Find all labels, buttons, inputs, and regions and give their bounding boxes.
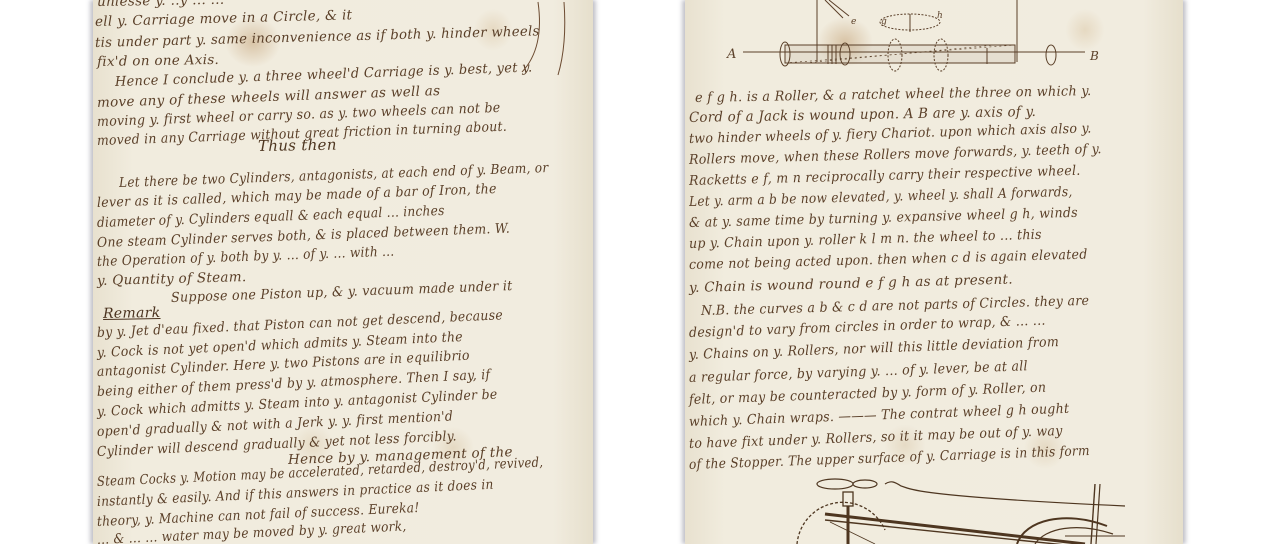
text-line: y. Quantity of Steam.: [97, 269, 247, 289]
label-g: g: [881, 17, 887, 27]
label-h: h: [937, 11, 943, 21]
text-line: y. Chain is wound round e f g h as at pr…: [689, 272, 1013, 296]
text-line: ell y. Carriage move in a Circle, & it: [95, 7, 353, 30]
axle-mechanism-sketch: A B e g h: [725, 0, 1105, 85]
carriage-sketch: [795, 470, 1145, 544]
text-line: unlesse y. ..y ... ...: [97, 0, 225, 10]
text-line: come not being acted upon. then when c d…: [689, 247, 1088, 273]
label-b: B: [1089, 49, 1099, 63]
margin-note-remark: Remark: [103, 305, 161, 322]
manuscript-page-left: unlesse y. ..y ... ... ell y. Carriage m…: [93, 0, 593, 544]
label-e: e: [851, 17, 856, 27]
manuscript-page-right: A B e g h e f g h. is a Roller, & a ratc…: [685, 0, 1183, 544]
margin-bracket-lines: [518, 0, 588, 80]
label-a: A: [726, 47, 736, 62]
text-line: fix'd on one Axis.: [97, 52, 219, 70]
text-line: e f g h. is a Roller, & a ratchet wheel …: [695, 83, 1092, 106]
section-heading: Thus then: [258, 136, 337, 155]
